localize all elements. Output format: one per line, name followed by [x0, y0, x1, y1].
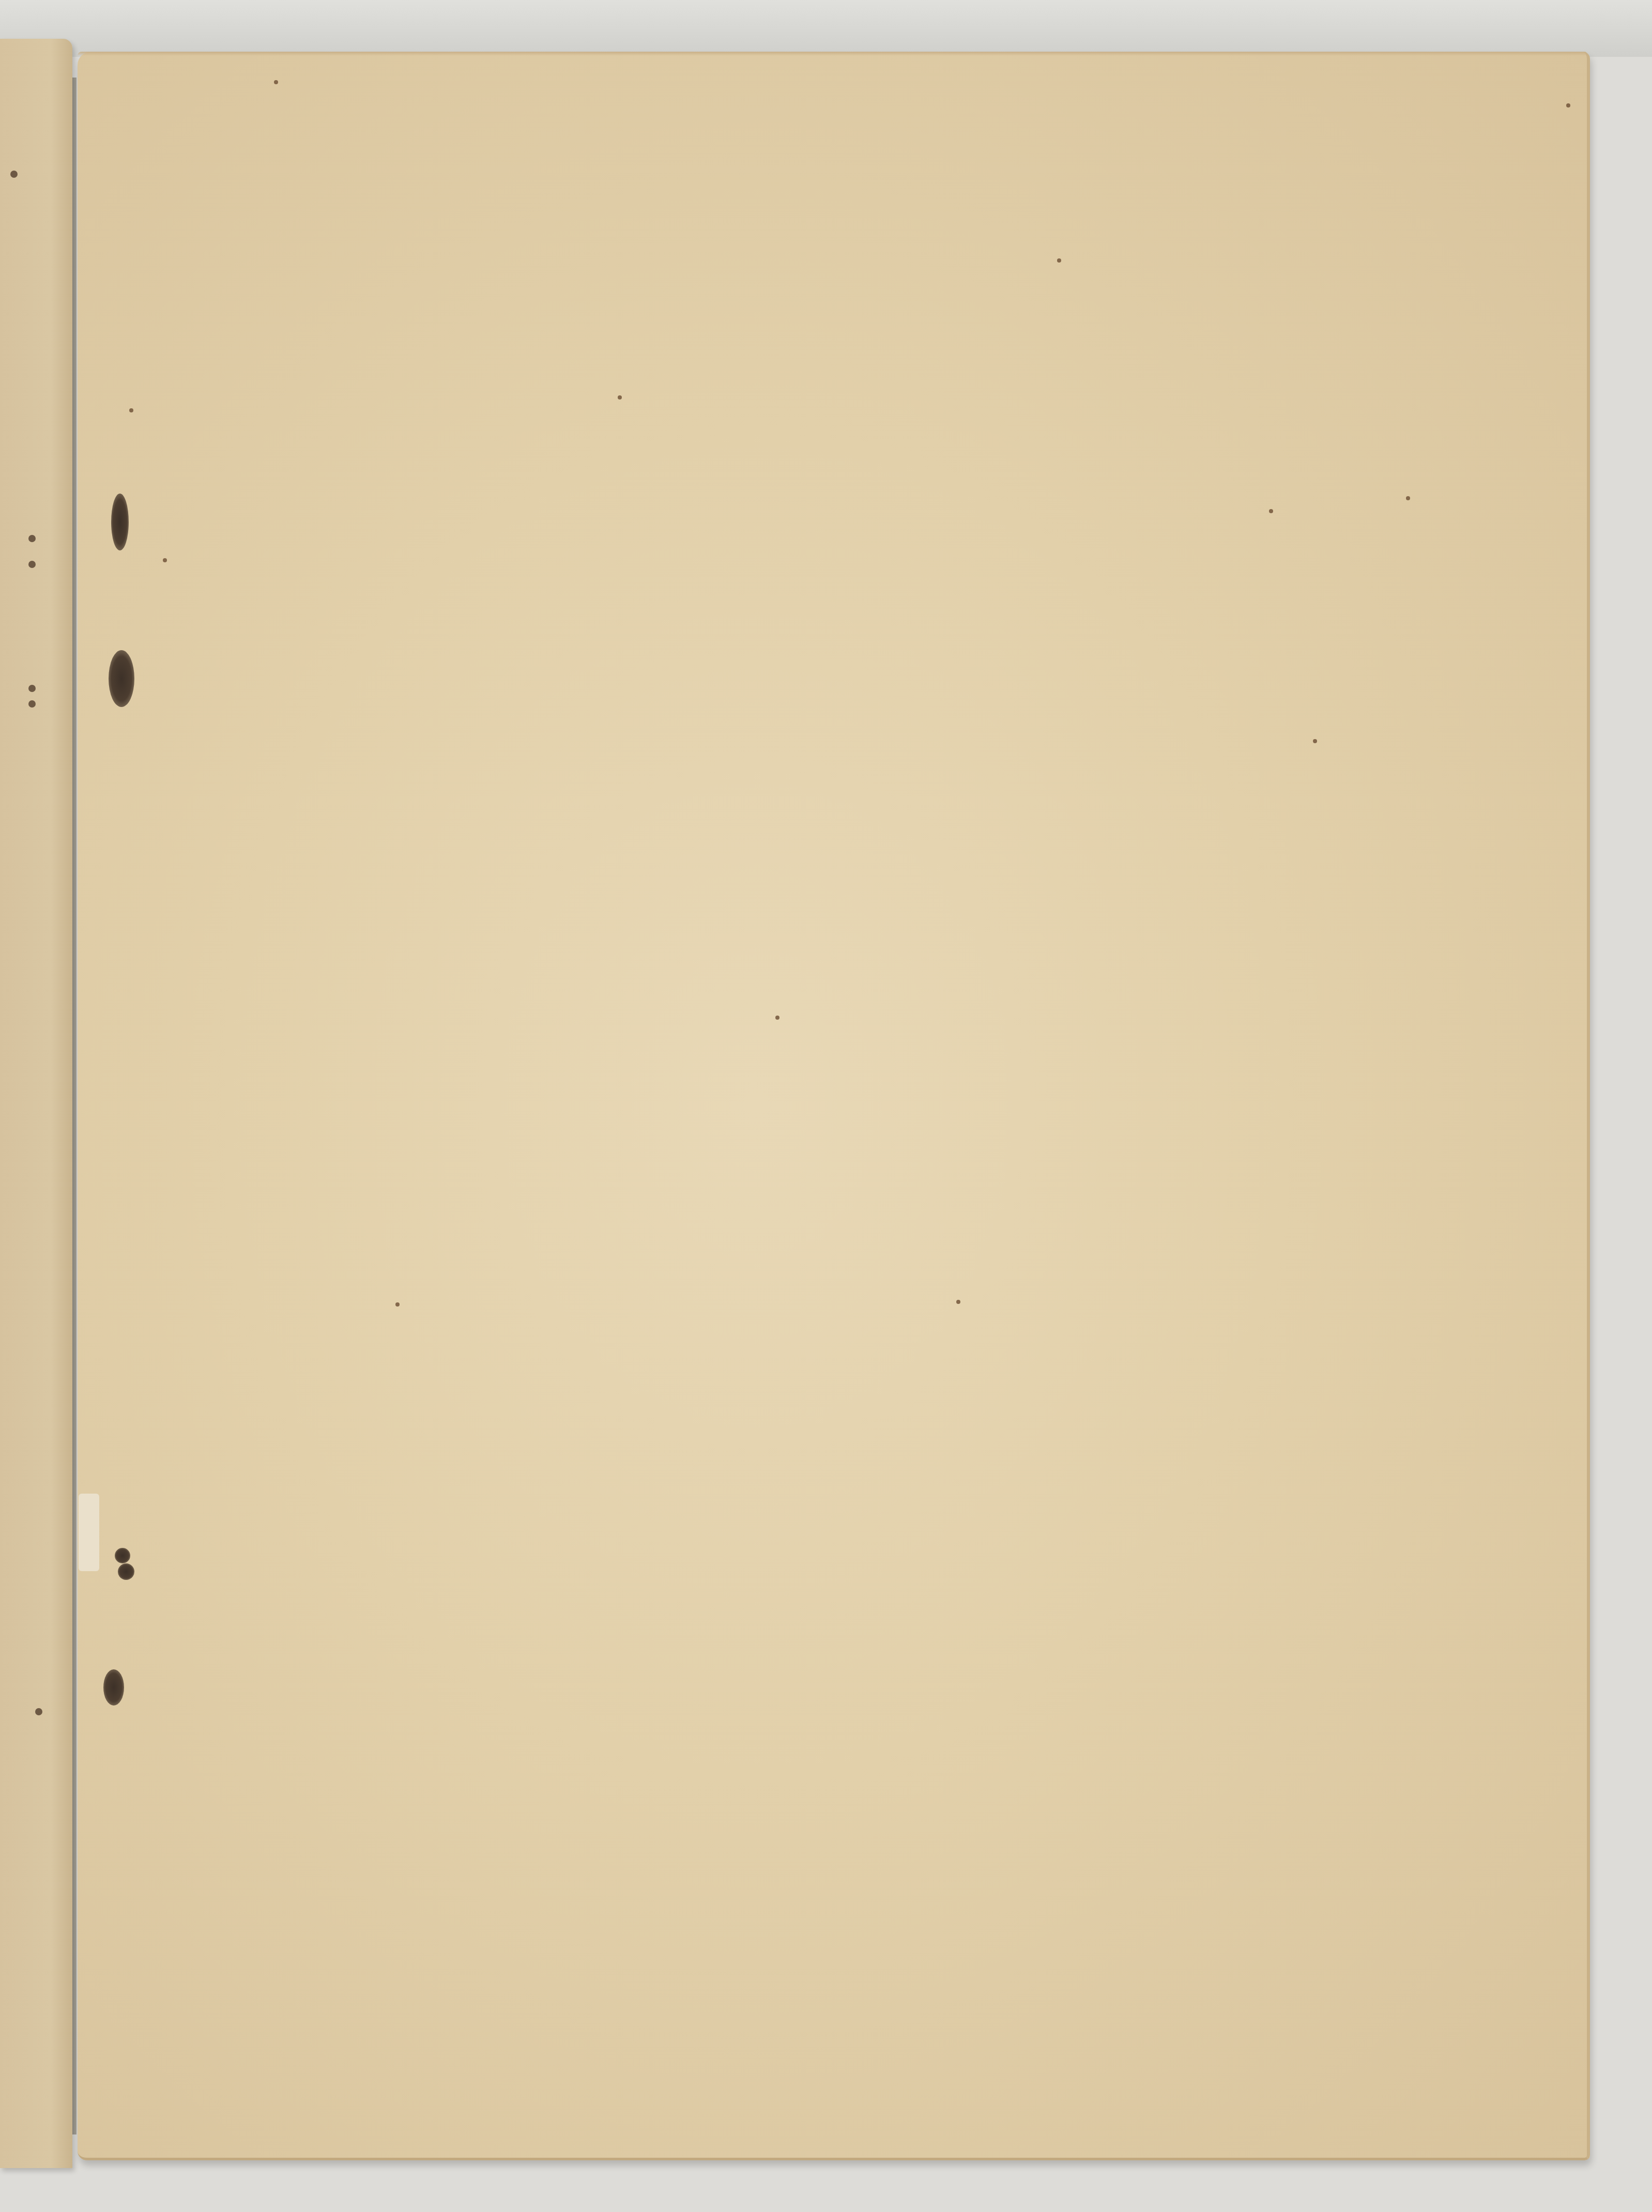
binding-gutter — [72, 78, 77, 2134]
paper-speck — [1269, 509, 1273, 513]
paper-tear — [79, 1494, 99, 1571]
paper-speck — [163, 558, 167, 562]
facing-page-mark — [28, 535, 36, 542]
paper-speck — [1566, 103, 1570, 107]
facing-page-mark — [28, 561, 36, 568]
facing-page-mark — [28, 685, 36, 692]
stitch-hole-icon — [111, 494, 129, 550]
paper-speck — [956, 1300, 960, 1304]
stitch-hole-icon — [103, 1669, 124, 1706]
facing-page-mark — [35, 1708, 42, 1715]
paper-speck — [1313, 739, 1317, 743]
page-top-edge — [78, 52, 1587, 56]
stitch-hole-icon — [115, 1548, 130, 1563]
backdrop — [0, 0, 1652, 57]
paper-speck — [1406, 496, 1410, 500]
facing-page-mark — [10, 171, 18, 178]
facing-page-edge — [0, 39, 72, 2168]
blank-page — [78, 52, 1590, 2160]
facing-page-mark — [28, 700, 36, 708]
paper-speck — [129, 408, 133, 412]
paper-speck — [274, 80, 278, 84]
paper-speck — [618, 395, 622, 400]
stitch-hole-icon — [109, 650, 134, 707]
stitch-hole-icon — [118, 1563, 134, 1580]
paper-speck — [775, 1016, 779, 1020]
paper-speck — [395, 1302, 400, 1307]
paper-speck — [1057, 258, 1061, 263]
